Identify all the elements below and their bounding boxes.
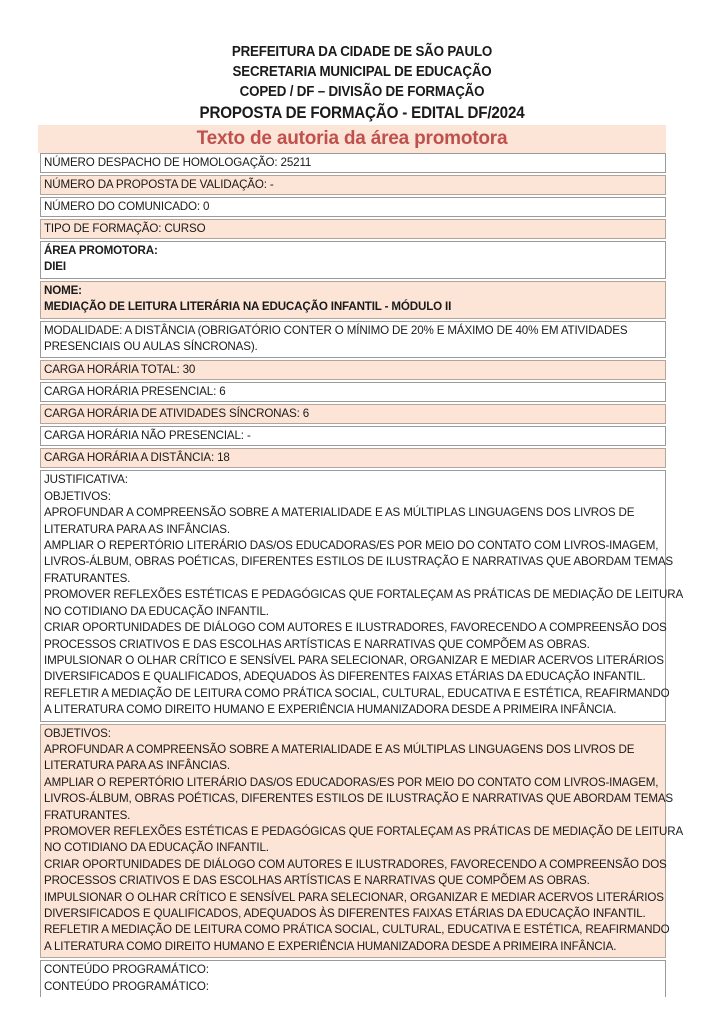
justificativa-text: OBJETIVOS:APROFUNDAR A COMPREENSÃO SOBRE… bbox=[44, 489, 662, 719]
text-line: OBJETIVOS: bbox=[44, 489, 662, 505]
field-conteudo-programatico: CONTEÚDO PROGRAMÁTICO:CONTEÚDO PROGRAMÁT… bbox=[40, 960, 666, 997]
document-header: PREFEITURA DA CIDADE DE SÃO PAULO SECRET… bbox=[0, 42, 724, 124]
field-carga-sincronas: CARGA HORÁRIA DE ATIVIDADES SÍNCRONAS: 6 bbox=[40, 404, 666, 424]
conteudo-text: CONTEÚDO PROGRAMÁTICO:CONTEÚDO PROGRAMÁT… bbox=[44, 962, 662, 995]
text-line: APROFUNDAR A COMPREENSÃO SOBRE A MATERIA… bbox=[44, 505, 662, 521]
text-line: FRATURANTES. bbox=[44, 571, 662, 587]
text-line: DIVERSIFICADOS E QUALIFICADOS, ADEQUADOS… bbox=[44, 669, 662, 685]
text-line: CONTEÚDO PROGRAMÁTICO: bbox=[44, 979, 662, 995]
nome-label: NOME: bbox=[44, 283, 662, 299]
text-line: PROMOVER REFLEXÕES ESTÉTICAS E PEDAGÓGIC… bbox=[44, 587, 662, 603]
text-line: LITERATURA PARA AS INFÂNCIAS. bbox=[44, 758, 662, 774]
text-line: LIVROS-ÁLBUM, OBRAS POÉTICAS, DIFERENTES… bbox=[44, 554, 662, 570]
field-carga-total: CARGA HORÁRIA TOTAL: 30 bbox=[40, 360, 666, 380]
text-line: A LITERATURA COMO DIREITO HUMANO E EXPER… bbox=[44, 939, 662, 955]
text-line: AMPLIAR O REPERTÓRIO LITERÁRIO DAS/OS ED… bbox=[44, 538, 662, 554]
field-tipo-formacao: TIPO DE FORMAÇÃO: CURSO bbox=[40, 219, 666, 239]
text-line: REFLETIR A MEDIAÇÃO DE LEITURA COMO PRÁT… bbox=[44, 686, 662, 702]
header-proposta: PROPOSTA DE FORMAÇÃO - EDITAL DF/2024 bbox=[29, 102, 695, 124]
text-line: PROCESSOS CRIATIVOS E DAS ESCOLHAS ARTÍS… bbox=[44, 637, 662, 653]
text-line: CRIAR OPORTUNIDADES DE DIÁLOGO COM AUTOR… bbox=[44, 620, 662, 636]
text-line: CONTEÚDO PROGRAMÁTICO: bbox=[44, 962, 662, 978]
field-area-promotora: ÁREA PROMOTORA: DIEI bbox=[40, 241, 666, 279]
justificativa-label: JUSTIFICATIVA: bbox=[44, 472, 662, 488]
field-carga-presencial: CARGA HORÁRIA PRESENCIAL: 6 bbox=[40, 382, 666, 402]
field-proposta-validacao: NÚMERO DA PROPOSTA DE VALIDAÇÃO: - bbox=[40, 175, 666, 195]
text-line: A LITERATURA COMO DIREITO HUMANO E EXPER… bbox=[44, 702, 662, 718]
header-prefeitura: PREFEITURA DA CIDADE DE SÃO PAULO bbox=[29, 42, 695, 62]
text-line: NO COTIDIANO DA EDUCAÇÃO INFANTIL. bbox=[44, 840, 662, 856]
objetivos-text: APROFUNDAR A COMPREENSÃO SOBRE A MATERIA… bbox=[44, 742, 662, 955]
text-line: PROMOVER REFLEXÕES ESTÉTICAS E PEDAGÓGIC… bbox=[44, 824, 662, 840]
text-line: IMPULSIONAR O OLHAR CRÍTICO E SENSÍVEL P… bbox=[44, 890, 662, 906]
area-label: ÁREA PROMOTORA: bbox=[44, 243, 662, 259]
form-fields: NÚMERO DESPACHO DE HOMOLOGAÇÃO: 25211 NÚ… bbox=[40, 153, 666, 999]
field-carga-distancia: CARGA HORÁRIA A DISTÂNCIA: 18 bbox=[40, 448, 666, 468]
header-secretaria: SECRETARIA MUNICIPAL DE EDUCAÇÃO bbox=[29, 62, 695, 82]
section-band-title: Texto de autoria da área promotora bbox=[38, 125, 666, 153]
text-line: APROFUNDAR A COMPREENSÃO SOBRE A MATERIA… bbox=[44, 742, 662, 758]
field-objetivos: OBJETIVOS: APROFUNDAR A COMPREENSÃO SOBR… bbox=[40, 724, 666, 959]
area-value: DIEI bbox=[44, 259, 662, 275]
text-line: PROCESSOS CRIATIVOS E DAS ESCOLHAS ARTÍS… bbox=[44, 873, 662, 889]
field-comunicado: NÚMERO DO COMUNICADO: 0 bbox=[40, 197, 666, 217]
text-line: NO COTIDIANO DA EDUCAÇÃO INFANTIL. bbox=[44, 604, 662, 620]
text-line: DIVERSIFICADOS E QUALIFICADOS, ADEQUADOS… bbox=[44, 906, 662, 922]
text-line: LIVROS-ÁLBUM, OBRAS POÉTICAS, DIFERENTES… bbox=[44, 791, 662, 807]
nome-value: MEDIAÇÃO DE LEITURA LITERÁRIA NA EDUCAÇÃ… bbox=[44, 299, 662, 315]
field-justificativa: JUSTIFICATIVA: OBJETIVOS:APROFUNDAR A CO… bbox=[40, 470, 666, 721]
field-despacho: NÚMERO DESPACHO DE HOMOLOGAÇÃO: 25211 bbox=[40, 153, 666, 173]
text-line: REFLETIR A MEDIAÇÃO DE LEITURA COMO PRÁT… bbox=[44, 922, 662, 938]
text-line: AMPLIAR O REPERTÓRIO LITERÁRIO DAS/OS ED… bbox=[44, 775, 662, 791]
text-line: LITERATURA PARA AS INFÂNCIAS. bbox=[44, 522, 662, 538]
text-line: IMPULSIONAR O OLHAR CRÍTICO E SENSÍVEL P… bbox=[44, 653, 662, 669]
field-nome: NOME: MEDIAÇÃO DE LEITURA LITERÁRIA NA E… bbox=[40, 281, 666, 319]
field-modalidade: MODALIDADE: A DISTÂNCIA (OBRIGATÓRIO CON… bbox=[40, 321, 666, 359]
header-coped: COPED / DF – DIVISÃO DE FORMAÇÃO bbox=[29, 82, 695, 102]
objetivos-label: OBJETIVOS: bbox=[44, 726, 662, 742]
field-carga-nao-presencial: CARGA HORÁRIA NÃO PRESENCIAL: - bbox=[40, 426, 666, 446]
text-line: FRATURANTES. bbox=[44, 808, 662, 824]
text-line: CRIAR OPORTUNIDADES DE DIÁLOGO COM AUTOR… bbox=[44, 857, 662, 873]
